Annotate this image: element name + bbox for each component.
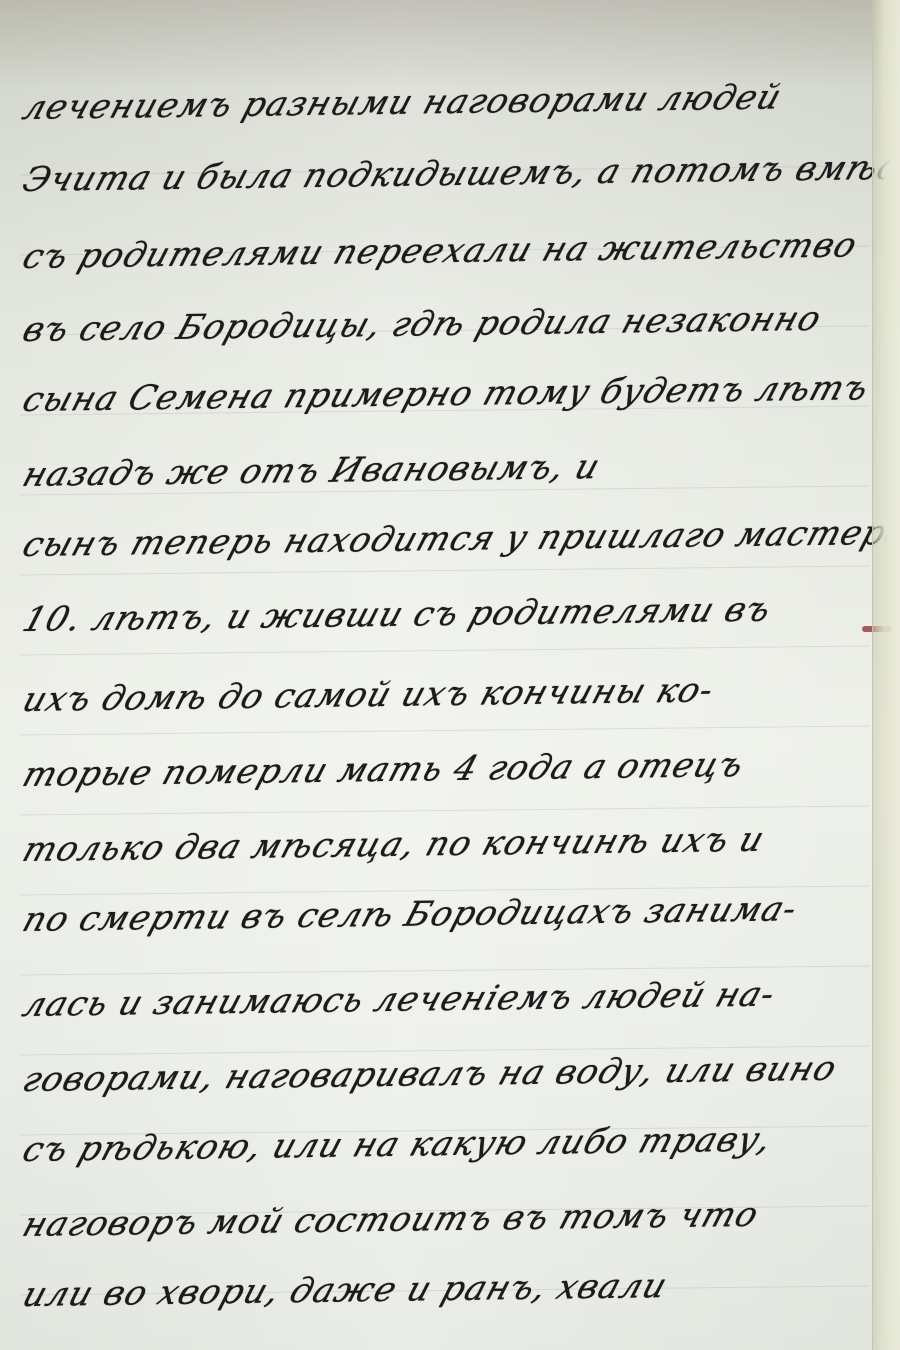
text-line-12: по смерти въ селѣ Бородицахъ занима- xyxy=(18,888,894,940)
text-line-11: только два мѣсяца, по кончинѣ ихъ и xyxy=(18,818,894,870)
text-line-14: говорами, наговаривалъ на воду, или вино xyxy=(18,1048,894,1100)
text-line-15: съ рѣдькою, или на какую либо траву, xyxy=(18,1118,894,1170)
text-line-10: торые померли мать 4 года а отецъ xyxy=(18,743,894,795)
text-line-5: сына Семена примерно тому будетъ лѣтъ xyxy=(18,368,894,420)
handwritten-text: лечениемъ разными наговорами людей Эчита… xyxy=(0,0,900,1350)
text-line-8: 10. лѣтъ, и живши съ родителями въ xyxy=(18,588,894,640)
text-line-9: ихъ домѣ до самой ихъ кончины ко- xyxy=(18,668,894,720)
text-line-17: или во хвори, даже и ранъ, хвали xyxy=(18,1263,894,1315)
manuscript-page: лечениемъ разными наговорами людей Эчита… xyxy=(0,0,900,1350)
text-line-1: лечениемъ разными наговорами людей xyxy=(18,76,894,128)
text-line-7: сынъ теперь находится у пришлаго мастера xyxy=(18,513,894,565)
page-fold-edge xyxy=(872,0,900,1350)
text-line-3: съ родителями переехали на жительство xyxy=(18,225,894,277)
text-line-4: въ село Бородицы, гдѣ родила незаконно xyxy=(18,298,894,350)
text-line-16: наговоръ мой состоитъ въ томъ что xyxy=(18,1193,894,1245)
text-line-6: назадъ же отъ Ивановымъ, и xyxy=(18,443,894,495)
text-line-2: Эчита и была подкидышемъ, а потомъ вмѣст… xyxy=(18,148,894,200)
text-line-13: лась и занимаюсь леченіемъ людей на- xyxy=(18,973,894,1025)
